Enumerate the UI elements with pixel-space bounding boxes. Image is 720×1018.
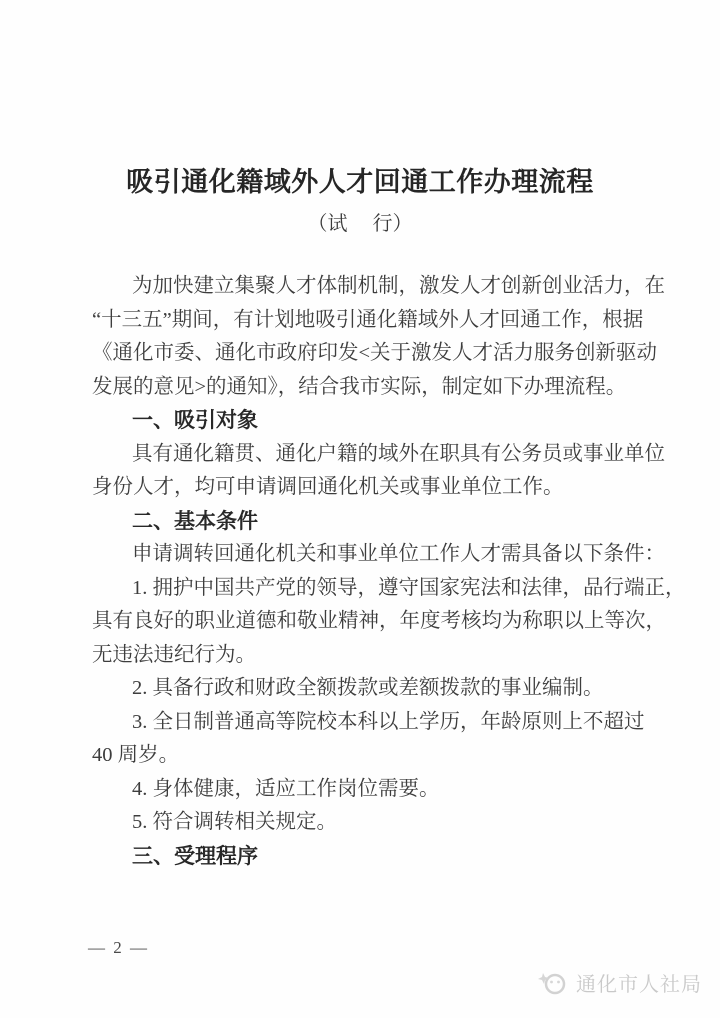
publisher-logo-icon	[537, 969, 569, 997]
text-line: “十三五”期间，有计划地吸引通化籍域外人才回通工作，根据	[92, 304, 640, 338]
text-line: 2. 具备行政和财政全额拨款或差额拨款的事业编制。	[92, 672, 640, 706]
page-number: — 2 —	[88, 938, 149, 958]
text-line: 具有良好的职业道德和敬业精神，年度考核均为称职以上等次，	[92, 605, 640, 639]
text-line: 发展的意见>的通知》，结合我市实际，制定如下办理流程。	[92, 371, 640, 405]
document-body: 为加快建立集聚人才体制机制，激发人才创新创业活力，在“十三五”期间，有计划地吸引…	[92, 270, 640, 873]
text-line: 5. 符合调转相关规定。	[92, 806, 640, 840]
text-line: 无违法违纪行为。	[92, 639, 640, 673]
watermark: 通化市人社局	[537, 968, 702, 997]
section-heading: 一、吸引对象	[92, 404, 640, 438]
text-line: 具有通化籍贯、通化户籍的域外在职具有公务员或事业单位	[92, 438, 640, 472]
page-subtitle: （试 行）	[0, 207, 720, 236]
page-title: 吸引通化籍域外人才回通工作办理流程	[0, 160, 720, 199]
section-heading: 二、基本条件	[92, 505, 640, 539]
text-line: 40 周岁。	[92, 739, 640, 773]
text-line: 申请调转回通化机关和事业单位工作人才需具备以下条件：	[92, 538, 640, 572]
document-page: 吸引通化籍域外人才回通工作办理流程 （试 行） 为加快建立集聚人才体制机制，激发…	[0, 0, 720, 1018]
text-line: 1. 拥护中国共产党的领导，遵守国家宪法和法律，品行端正，	[92, 572, 640, 606]
text-line: 3. 全日制普通高等院校本科以上学历，年龄原则上不超过	[92, 706, 640, 740]
watermark-label: 通化市人社局	[576, 968, 702, 997]
text-line: 身份人才，均可申请调回通化机关或事业单位工作。	[92, 471, 640, 505]
text-line: 《通化市委、通化市政府印发<关于激发人才活力服务创新驱动	[92, 337, 640, 371]
text-line: 4. 身体健康，适应工作岗位需要。	[92, 773, 640, 807]
section-heading: 三、受理程序	[92, 840, 640, 874]
text-line: 为加快建立集聚人才体制机制，激发人才创新创业活力，在	[92, 270, 640, 304]
